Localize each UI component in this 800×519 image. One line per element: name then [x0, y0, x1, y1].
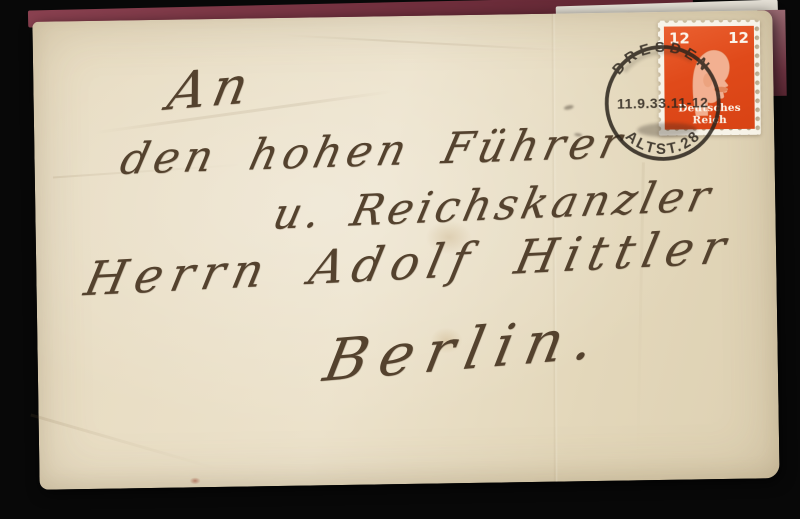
- address-line-5: Berlin.: [318, 303, 611, 395]
- stain-mark: [190, 477, 201, 484]
- envelope: An den hohen Führer u. Reichskanzler Her…: [32, 10, 779, 490]
- photo-stage: An den hohen Führer u. Reichskanzler Her…: [0, 0, 800, 519]
- crease-line: [30, 413, 218, 470]
- address-line-2: den hohen Führer: [116, 118, 632, 185]
- ink-speck: [563, 104, 574, 110]
- crease-line: [283, 34, 563, 51]
- postmark-datetime: 11.9.33.11-12: [617, 94, 709, 111]
- postmark: DRESDEN 11.9.33.11-12 ALTST.28: [596, 36, 730, 170]
- address-line-1: An: [163, 55, 259, 122]
